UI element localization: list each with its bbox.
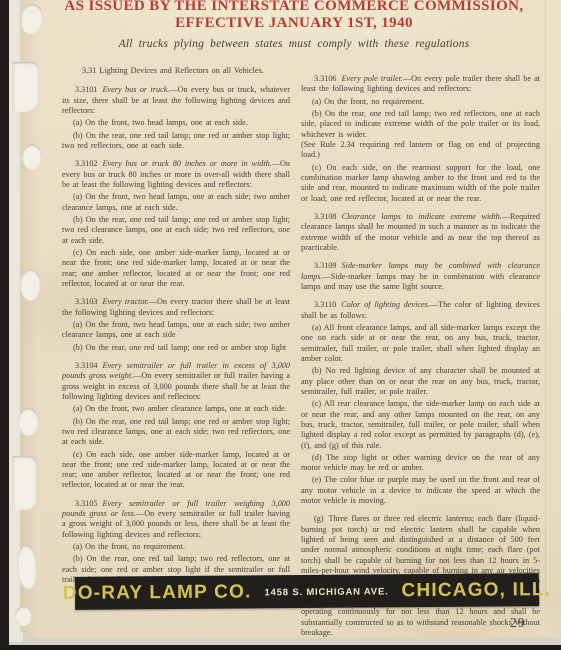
section-number: 3.3103 — [75, 297, 98, 306]
section-title: Every bus or truck 80 inches or more in … — [103, 159, 272, 168]
regulation-subparagraph: (b) On the rear, one red tail lamp; two … — [301, 109, 540, 140]
binder-hole — [22, 144, 42, 170]
paragraph-text: (c) All rear clearance lamps, the side-m… — [301, 399, 540, 449]
regulation-subparagraph: (a) On the front, no requirement. — [301, 97, 540, 107]
paragraph-text: (a) On the front, two head lamps, one at… — [73, 118, 248, 127]
paragraph-text: (a) On the front, two head lamps, one at… — [62, 320, 290, 339]
paragraph-text: (b) On the rear, one red tail lamp; one … — [62, 131, 290, 150]
section-title: Every pole trailer. — [342, 74, 403, 83]
section-number: 3.3108 — [314, 212, 337, 221]
section-number: 3.3104 — [75, 361, 98, 370]
advertiser-city: CHICAGO, ILL. — [401, 579, 551, 602]
paragraph-text: 3.31 Lighting Devices and Reflectors on … — [82, 66, 264, 75]
header-subtitle: All trucks plying between states must co… — [48, 38, 540, 50]
paragraph-text: (a) On the front, no requirement. — [73, 542, 185, 551]
regulation-subparagraph: (a) All front clearance lamps, and all s… — [301, 323, 540, 364]
paragraph-text: (b) On the rear, one red tail lamp; one … — [62, 417, 290, 447]
scan-background-bottom — [0, 645, 561, 650]
regulation-subparagraph: (a) On the front, two head lamps, one at… — [62, 320, 290, 341]
regulation-subparagraph: (c) On each side, one amber side-marker … — [62, 450, 290, 491]
regulation-section: 3.3103Every tractor.—On every tractor th… — [62, 297, 290, 318]
section-number: 3.3110 — [314, 300, 336, 309]
paragraph-text: (c) On each side, one amber side-marker … — [62, 450, 290, 490]
regulation-section: 3.3104Every semitrailer or full trailer … — [62, 361, 290, 402]
binder-hole — [15, 606, 32, 626]
regulation-subparagraph: (a) On the front, no requirement. — [62, 542, 290, 552]
regulation-section: 3.3110Color of lighting devices.—The col… — [301, 300, 540, 321]
header-line-1: AS ISSUED BY THE INTERSTATE COMMERCE COM… — [48, 0, 540, 15]
binder-hole — [18, 408, 39, 436]
regulation-subparagraph: (b) On the rear, one red tail lamp; one … — [62, 131, 290, 152]
regulation-subparagraph: (c) On each side, on the rearmost suppor… — [301, 163, 540, 204]
paragraph-text: (d) The stop light or other warning devi… — [301, 453, 540, 472]
section-title: Every tractor. — [103, 297, 149, 306]
paragraph-text: (a) All front clearance lamps, and all s… — [301, 323, 540, 363]
advertiser-name: DO-RAY LAMP CO. — [63, 581, 252, 604]
page-number: 29 — [510, 615, 526, 631]
regulation-subparagraph: (a) On the front, two amber clearance la… — [62, 404, 290, 414]
paragraph-text: (b) On the rear, one red tail lamp; one … — [62, 215, 290, 245]
paragraph-text: (b) On the rear, one red tail lamp; one … — [73, 343, 286, 352]
paragraph-text: (a) On the front, two head lamps, one at… — [62, 192, 290, 211]
regulation-subparagraph: (a) On the front, two head lamps, one at… — [62, 192, 290, 213]
paragraph-text: (b) On the rear, one red tail lamp; two … — [301, 109, 540, 139]
binder-notch — [13, 456, 37, 510]
section-number: 3.3109 — [314, 261, 337, 270]
paragraph-text: (a) On the front, no requirement. — [312, 97, 424, 106]
regulation-subparagraph: (b) On the rear, one red tail lamp; one … — [62, 343, 290, 353]
paragraph-text: (See Rule 2.34 requiring red lantern or … — [301, 140, 540, 159]
right-column: 3.3106Every pole trailer.—On every pole … — [301, 66, 540, 638]
regulation-subparagraph: (b) On the rear, one red tail lamp; one … — [62, 215, 290, 246]
regulation-section: 3.3109Side-marker lamps may be combined … — [301, 261, 540, 292]
regulation-section: 3.3105Every semitrailer or full trailer … — [62, 499, 290, 540]
advertiser-address: 1458 S. MICHIGAN AVE. — [264, 584, 388, 598]
section-number: (g) — [314, 514, 324, 523]
regulation-subparagraph: (c) All rear clearance lamps, the side-m… — [301, 399, 540, 451]
binder-notch — [13, 62, 39, 112]
binder-hole — [20, 269, 41, 301]
section-number: 3.3106 — [314, 74, 337, 83]
paper-crease — [545, 0, 546, 600]
section-title: Clearance lamps to indicate extreme widt… — [342, 212, 502, 221]
regulation-subparagraph: (b) No red lighting device of any charac… — [301, 366, 540, 397]
regulation-note: (See Rule 2.34 requiring red lantern or … — [301, 140, 540, 161]
header-line-2: EFFECTIVE JANUARY 1ST, 1940 — [48, 15, 540, 32]
paragraph-text: (b) No red lighting device of any charac… — [301, 366, 540, 396]
regulation-subparagraph: (e) The color blue or purple may be used… — [301, 475, 540, 506]
section-number: 3.3101 — [75, 85, 98, 94]
paragraph-text: (e) The color blue or purple may be used… — [301, 475, 540, 505]
advertisement-banner: DO-RAY LAMP CO. 1458 S. MICHIGAN AVE. CH… — [75, 573, 539, 610]
paragraph-text: (c) On each side, one amber side-marker … — [62, 248, 290, 288]
regulation-subparagraph: (d) The stop light or other warning devi… — [301, 453, 540, 474]
regulation-section: 3.3102Every bus or truck 80 inches or mo… — [62, 159, 290, 190]
page-header: AS ISSUED BY THE INTERSTATE COMMERCE COM… — [48, 0, 540, 50]
column-heading: 3.31 Lighting Devices and Reflectors on … — [62, 66, 290, 76]
regulation-subparagraph: (a) On the front, two head lamps, one at… — [62, 118, 290, 128]
section-title: Every bus or truck. — [103, 85, 170, 94]
section-number: 3.3102 — [75, 159, 98, 168]
paragraph-text: (c) On each side, on the rearmost suppor… — [301, 163, 540, 203]
regulation-subparagraph: (b) On the rear, one red tail lamp; one … — [62, 417, 290, 448]
regulation-section: 3.3108Clearance lamps to indicate extrem… — [301, 212, 540, 253]
section-title: Color of lighting devices. — [341, 300, 430, 309]
paragraph-text: (a) On the front, two amber clearance la… — [73, 404, 287, 413]
regulation-section: 3.3106Every pole trailer.—On every pole … — [301, 74, 540, 95]
regulation-section: 3.3101Every bus or truck.—On every bus o… — [62, 85, 290, 116]
paragraph-text: —Side-marker lamps may be in combination… — [301, 272, 540, 291]
scan-background-left — [0, 0, 9, 650]
binder-tear — [17, 545, 37, 589]
regulation-subparagraph: (c) On each side, one amber side-marker … — [62, 248, 290, 289]
section-number: 3.3105 — [75, 499, 98, 508]
left-column: 3.31 Lighting Devices and Reflectors on … — [62, 66, 290, 585]
